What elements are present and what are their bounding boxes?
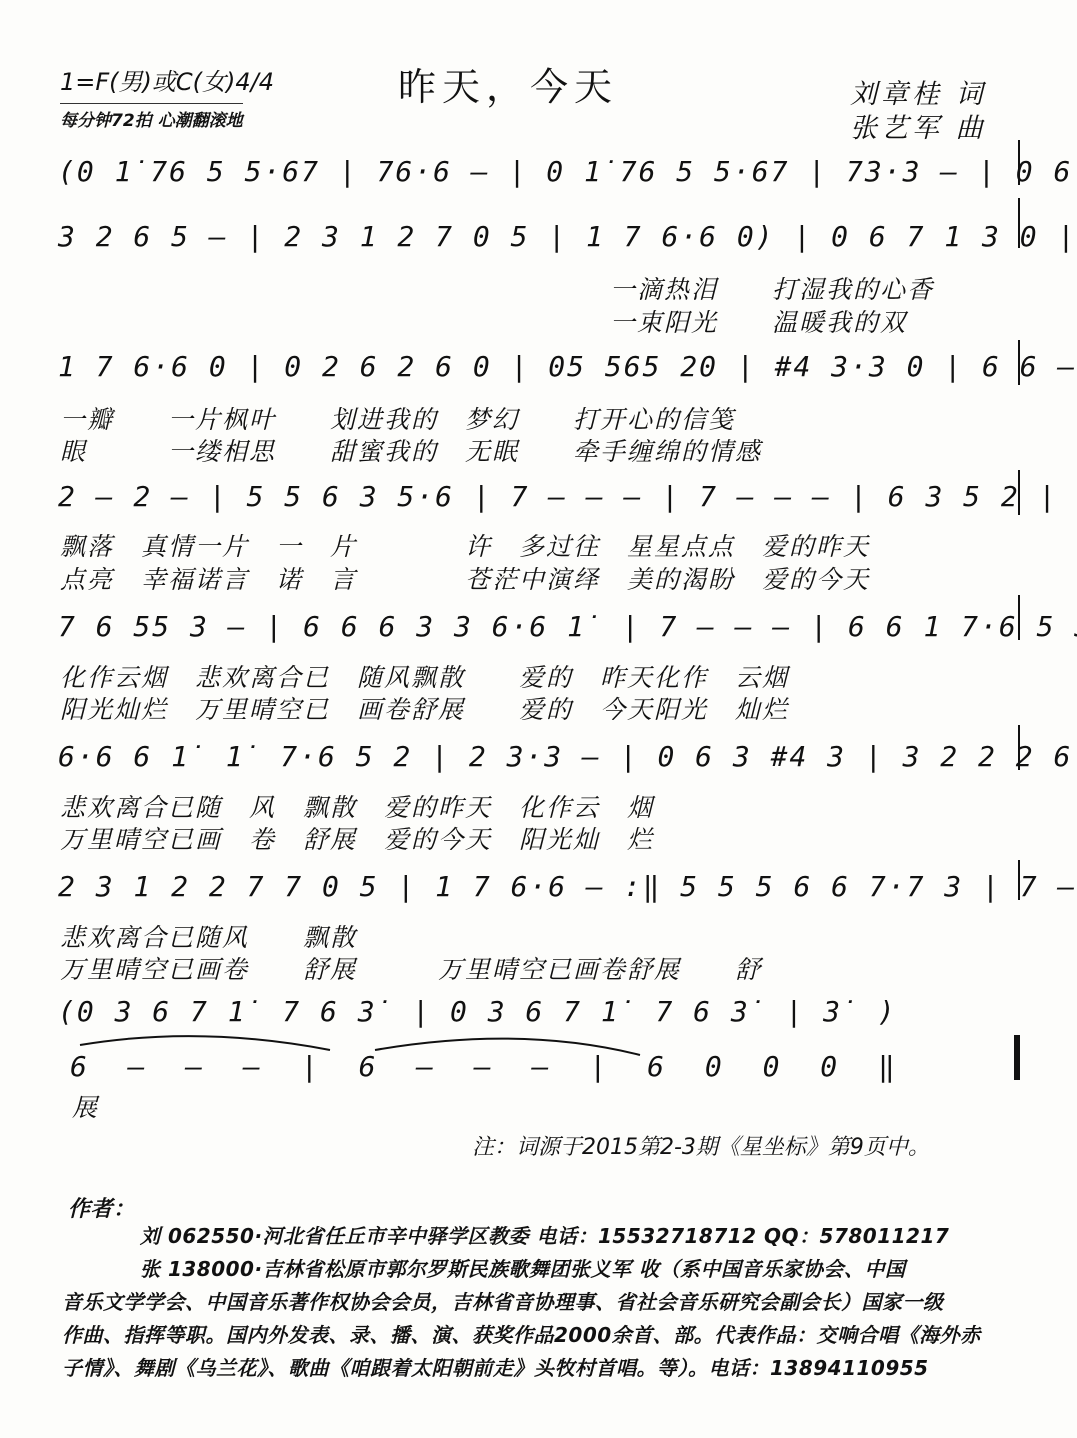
author-zhang-info-4: 子情》、舞剧《乌兰花》、歌曲《咱跟着太阳朝前走》头牧村首唱。等）。电话：1389… <box>62 1352 929 1381</box>
author-zhang-info-2: 音乐文学学会、中国音乐著作权协会会员，吉林省音协理事、省社会音乐研究会副会长）国… <box>62 1286 944 1315</box>
author-liu-info: 刘 062550·河北省任丘市辛中驿学区教委 电话：15532718712 QQ… <box>140 1220 949 1249</box>
authors-label: 作者： <box>68 1192 136 1223</box>
author-zhang-info-3: 作曲、指挥等职。国内外发表、录、播、演、获奖作品2000余首、部。代表作品：交响… <box>62 1319 981 1348</box>
author-zhang-info-1: 张 138000·吉林省松原市郭尔罗斯民族歌舞团张义军 收（系中国音乐家协会、中… <box>140 1253 906 1282</box>
source-footnote: 注：词源于2015第2-3期《星坐标》第9页中。 <box>472 1130 930 1161</box>
